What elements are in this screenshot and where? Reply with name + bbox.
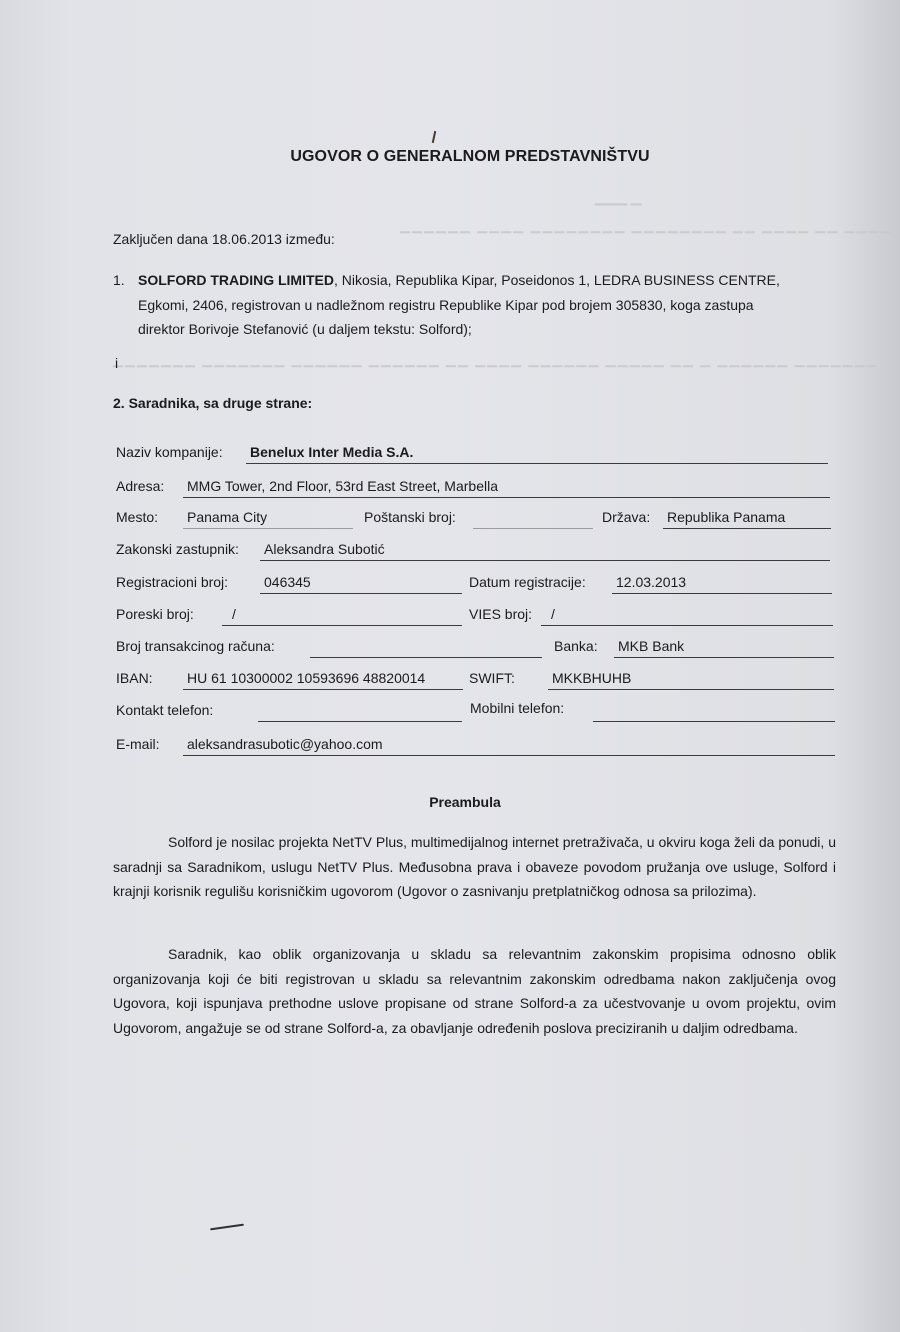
document-page: ▁▁▁ ▁ ▁▁▁▁▁▁ ▁▁▁▁ ▁▁▁▁▁▁▁▁ ▁▁▁▁▁▁▁▁ ▁▁ ▁… <box>0 0 900 1332</box>
vies-number-field[interactable]: / <box>541 606 833 626</box>
email-field[interactable]: aleksandrasubotic@yahoo.com <box>183 736 835 756</box>
preamble-paragraph-2: Saradnik, kao oblik organizovanja u skla… <box>113 942 836 1040</box>
preamble-paragraph-2-text: Saradnik, kao oblik organizovanja u skla… <box>113 946 836 1036</box>
mobile-phone-field[interactable] <box>593 702 835 722</box>
postal-code-label: Poštanski broj: <box>364 509 456 525</box>
legal-rep-field[interactable]: Aleksandra Subotić <box>260 541 830 561</box>
preamble-paragraph-1-text: Solford je nosilac projekta NetTV Plus, … <box>113 834 836 899</box>
party-1-block: 1. SOLFORD TRADING LIMITED, Nikosia, Rep… <box>113 268 836 342</box>
address-field[interactable]: MMG Tower, 2nd Floor, 53rd East Street, … <box>183 478 830 498</box>
contact-phone-label: Kontakt telefon: <box>116 702 213 718</box>
tax-number-field[interactable]: / <box>222 606 462 626</box>
document-title: UGOVOR O GENERALNOM PREDSTAVNIŠTVU <box>0 148 900 166</box>
vies-number-label: VIES broj: <box>469 606 532 622</box>
country-field[interactable]: Republika Panama <box>663 509 831 529</box>
show-through-text: ▁▁▁ ▁ <box>595 190 642 207</box>
party-1-address: , Nikosia, Republika Kipar, Poseidonos 1… <box>334 272 780 288</box>
bank-field[interactable]: MKB Bank <box>614 638 834 658</box>
swift-field[interactable]: MKKBHUHB <box>548 670 834 690</box>
account-number-field[interactable] <box>310 638 542 658</box>
address-label: Adresa: <box>116 478 164 494</box>
company-name-field[interactable]: Benelux Inter Media S.A. <box>246 444 828 464</box>
iban-field[interactable]: HU 61 10300002 10593696 48820014 <box>183 670 463 690</box>
party-1-name: SOLFORD TRADING LIMITED <box>138 272 334 288</box>
city-label: Mesto: <box>116 509 158 525</box>
party-1-number: 1. <box>113 268 125 293</box>
bank-label: Banka: <box>554 638 598 654</box>
conjunction: i <box>115 350 118 376</box>
email-label: E-mail: <box>116 736 160 752</box>
reg-number-label: Registracioni broj: <box>116 574 228 590</box>
reg-date-field[interactable]: 12.03.2013 <box>612 574 832 594</box>
company-name-label: Naziv kompanije: <box>116 444 223 460</box>
party-2-heading: 2. Saradnika, sa druge strane: <box>113 390 312 416</box>
swift-label: SWIFT: <box>469 670 515 686</box>
country-label: Država: <box>602 509 650 525</box>
pen-mark <box>210 1224 244 1231</box>
preamble-paragraph-1: Solford je nosilac projekta NetTV Plus, … <box>113 830 836 904</box>
reg-number-field[interactable]: 046345 <box>260 574 462 594</box>
preamble-heading: Preambula <box>0 794 900 810</box>
tax-number-label: Poreski broj: <box>116 606 194 622</box>
pen-mark <box>432 131 436 143</box>
iban-label: IBAN: <box>116 670 153 686</box>
city-field[interactable]: Panama City <box>183 509 353 529</box>
reg-date-label: Datum registracije: <box>469 574 586 590</box>
show-through-text: ▁▁▁▁▁▁▁ ▁▁▁▁▁▁▁ ▁▁▁▁▁▁ ▁▁▁▁▁▁ ▁▁ ▁▁▁▁ ▁▁… <box>113 352 879 368</box>
postal-code-field[interactable] <box>473 509 593 529</box>
contact-phone-field[interactable] <box>258 702 462 722</box>
legal-rep-label: Zakonski zastupnik: <box>116 541 239 557</box>
concluded-date-line: Zaključen dana 18.06.2013 između: <box>113 226 335 252</box>
party-1-representative: direktor Borivoje Stefanović (u daljem t… <box>138 321 472 337</box>
mobile-phone-label: Mobilni telefon: <box>470 700 564 716</box>
account-number-label: Broj transakcinog računa: <box>116 638 275 654</box>
show-through-text: ▁▁▁▁▁▁ ▁▁▁▁ ▁▁▁▁▁▁▁▁ ▁▁▁▁▁▁▁▁ ▁▁ ▁▁▁▁ ▁▁… <box>400 218 900 234</box>
party-1-registration: Egkomi, 2406, registrovan u nadležnom re… <box>138 297 754 313</box>
